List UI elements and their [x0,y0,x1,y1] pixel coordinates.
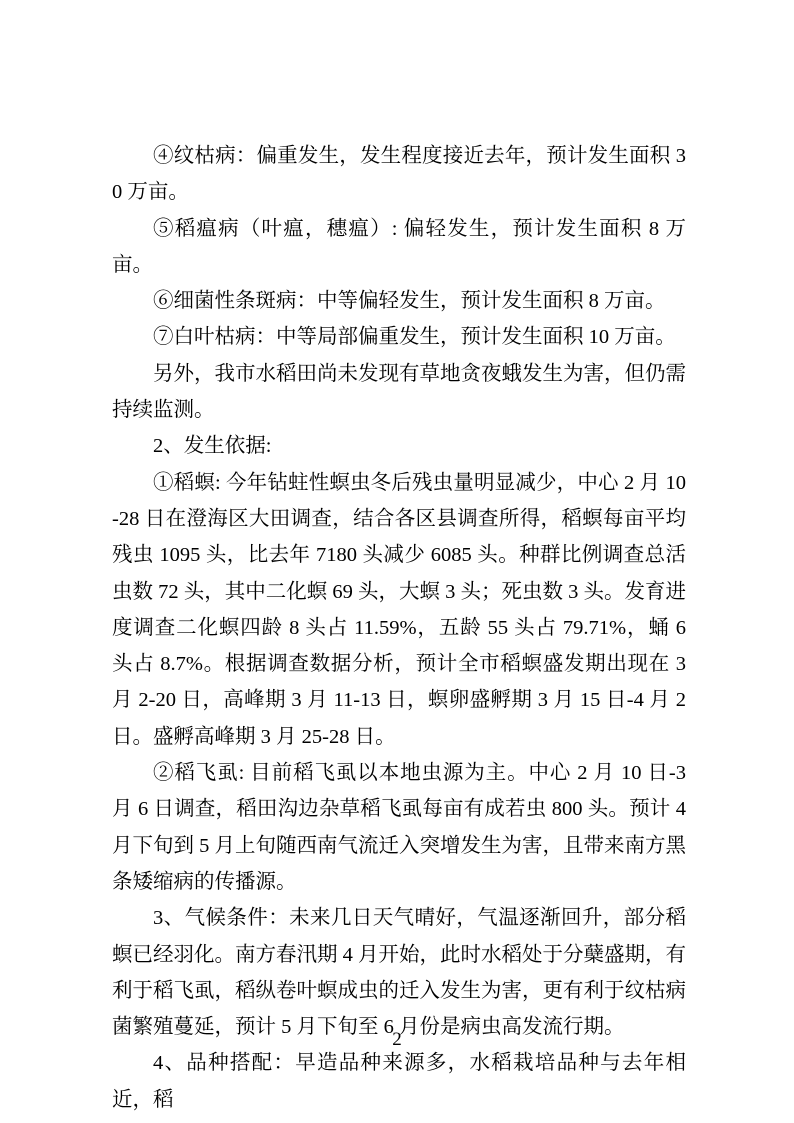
document-page: ④纹枯病：偏重发生，发生程度接近去年，预计发生面积 30 万亩。 ⑤稻瘟病（叶瘟… [0,0,794,1123]
paragraph-disease-4-sheath-blight: ④纹枯病：偏重发生，发生程度接近去年，预计发生面积 30 万亩。 [112,138,686,211]
paragraph-disease-6-bacterial-streak: ⑥细菌性条斑病：中等偏轻发生，预计发生面积 8 万亩。 [112,283,686,319]
paragraph-armyworm-note: 另外，我市水稻田尚未发现有草地贪夜蛾发生为害，但仍需持续监测。 [112,356,686,429]
paragraph-4-variety-mix: 4、品种搭配：早造品种来源多，水稻栽培品种与去年相近，稻 [112,1045,686,1118]
paragraph-3-climate-conditions: 3、气候条件：未来几日天气晴好，气温逐渐回升，部分稻螟已经羽化。南方春汛期 4 … [112,900,686,1045]
paragraph-1-rice-stem-borer: ①稻螟: 今年钻蛀性螟虫冬后残虫量明显减少，中心 2 月 10-28 日在澄海区… [112,465,686,755]
paragraph-disease-7-leaf-blight: ⑦白叶枯病：中等局部偏重发生，预计发生面积 10 万亩。 [112,319,686,355]
page-number: 2 [0,1028,794,1052]
heading-occurrence-basis: 2、发生依据: [112,428,686,464]
document-body: ④纹枯病：偏重发生，发生程度接近去年，预计发生面积 30 万亩。 ⑤稻瘟病（叶瘟… [112,138,686,1118]
paragraph-2-rice-planthopper: ②稻飞虱: 目前稻飞虱以本地虫源为主。中心 2 月 10 日-3 月 6 日调查… [112,755,686,900]
paragraph-disease-5-rice-blast: ⑤稻瘟病（叶瘟，穗瘟）: 偏轻发生，预计发生面积 8 万亩。 [112,211,686,284]
